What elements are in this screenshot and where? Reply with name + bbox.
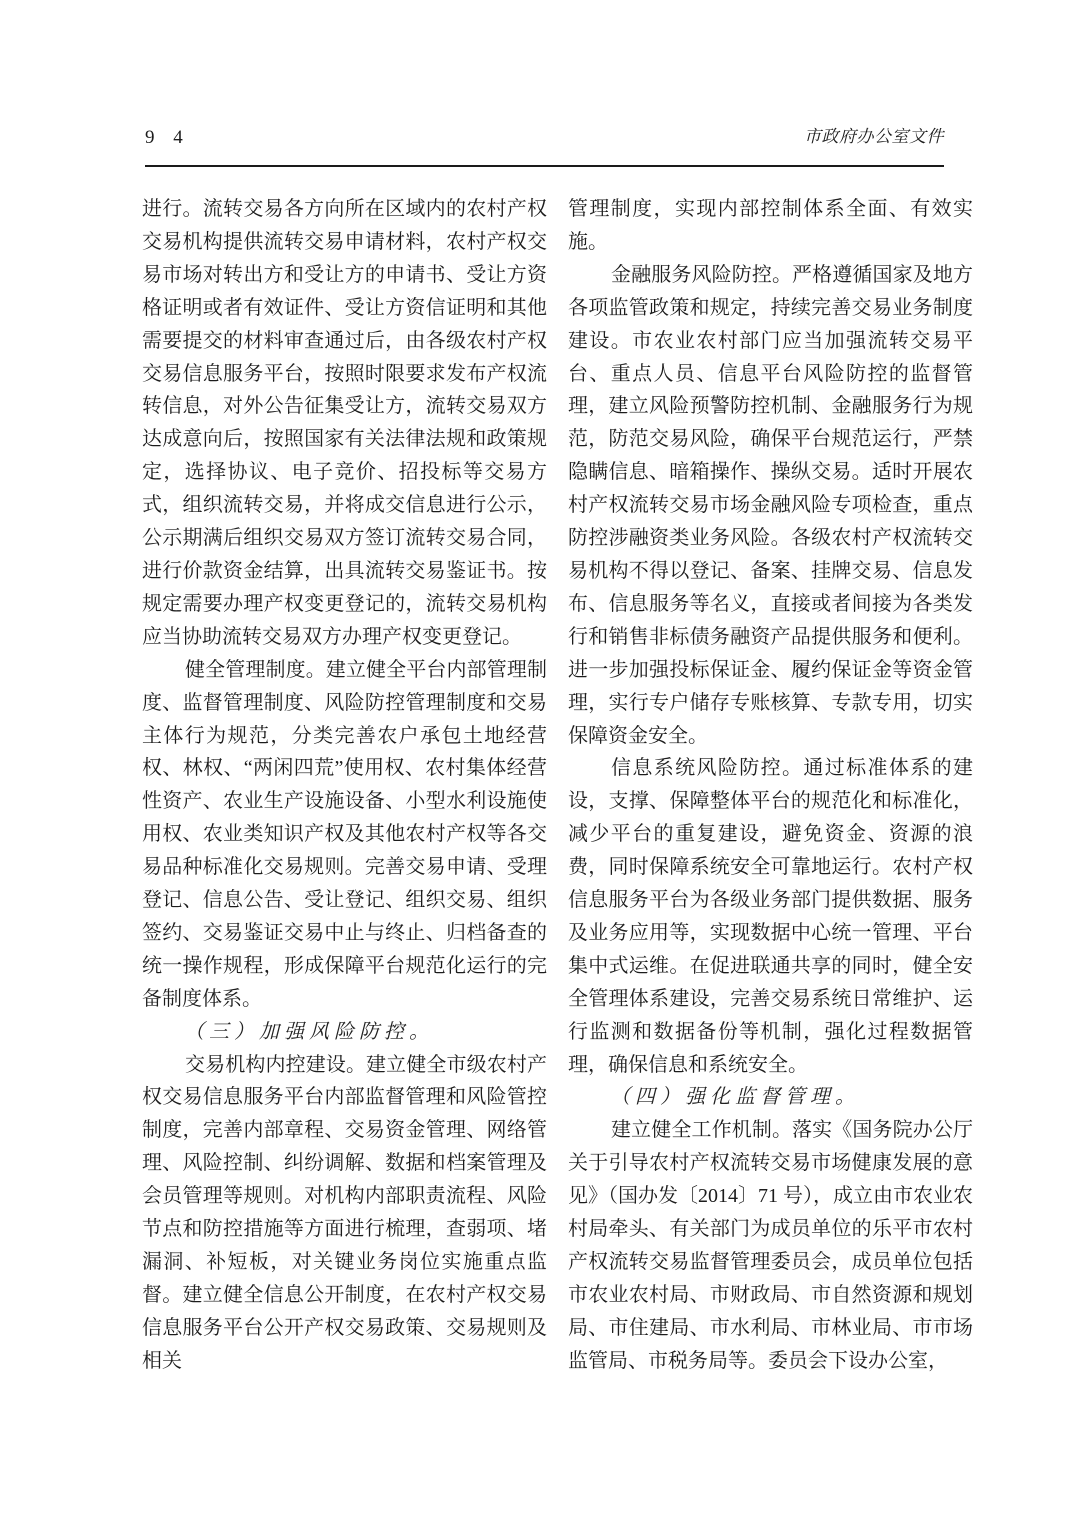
page-number: 9 4 <box>145 128 190 151</box>
right-column: 管理制度，实现内部控制体系全面、有效实施。 金融服务风险防控。严格遵循国家及地方… <box>568 193 973 1378</box>
left-column: 进行。流转交易各方向所在区域内的农村产权交易机构提供流转交易申请材料，农村产权交… <box>142 193 547 1378</box>
paragraph-work-mechanism: 建立健全工作机制。落实《国务院办公厅关于引导农村产权流转交易市场健康发展的意见》… <box>568 1114 973 1377</box>
document-body: 进行。流转交易各方向所在区域内的农村产权交易机构提供流转交易申请材料，农村产权交… <box>142 193 973 1378</box>
paragraph-internal-control-continued: 管理制度，实现内部控制体系全面、有效实施。 <box>568 193 973 259</box>
paragraph-information-system-risk: 信息系统风险防控。通过标准体系的建设，支撑、保障整体平台的规范化和标准化，减少平… <box>568 752 973 1081</box>
header-document-title: 市政府办公室文件 <box>804 128 944 151</box>
document-page: 9 4 市政府办公室文件 进行。流转交易各方向所在区域内的农村产权交易机构提供流… <box>0 0 1074 1520</box>
section-heading-risk-prevention: （三）加强风险防控。 <box>142 1016 547 1049</box>
paragraph-internal-control: 交易机构内控建设。建立健全市级农村产权交易信息服务平台内部监督管理和风险管控制度… <box>142 1049 547 1378</box>
section-heading-supervision: （四）强化监督管理。 <box>568 1081 973 1114</box>
paragraph-transfer-procedure-continued: 进行。流转交易各方向所在区域内的农村产权交易机构提供流转交易申请材料，农村产权交… <box>142 193 547 654</box>
page-header: 9 4 市政府办公室文件 <box>145 128 944 151</box>
header-rule <box>145 165 944 167</box>
paragraph-management-system: 健全管理制度。建立健全平台内部管理制度、监督管理制度、风险防控管理制度和交易主体… <box>142 654 547 1016</box>
paragraph-financial-service-risk: 金融服务风险防控。严格遵循国家及地方各项监管政策和规定，持续完善交易业务制度建设… <box>568 259 973 753</box>
